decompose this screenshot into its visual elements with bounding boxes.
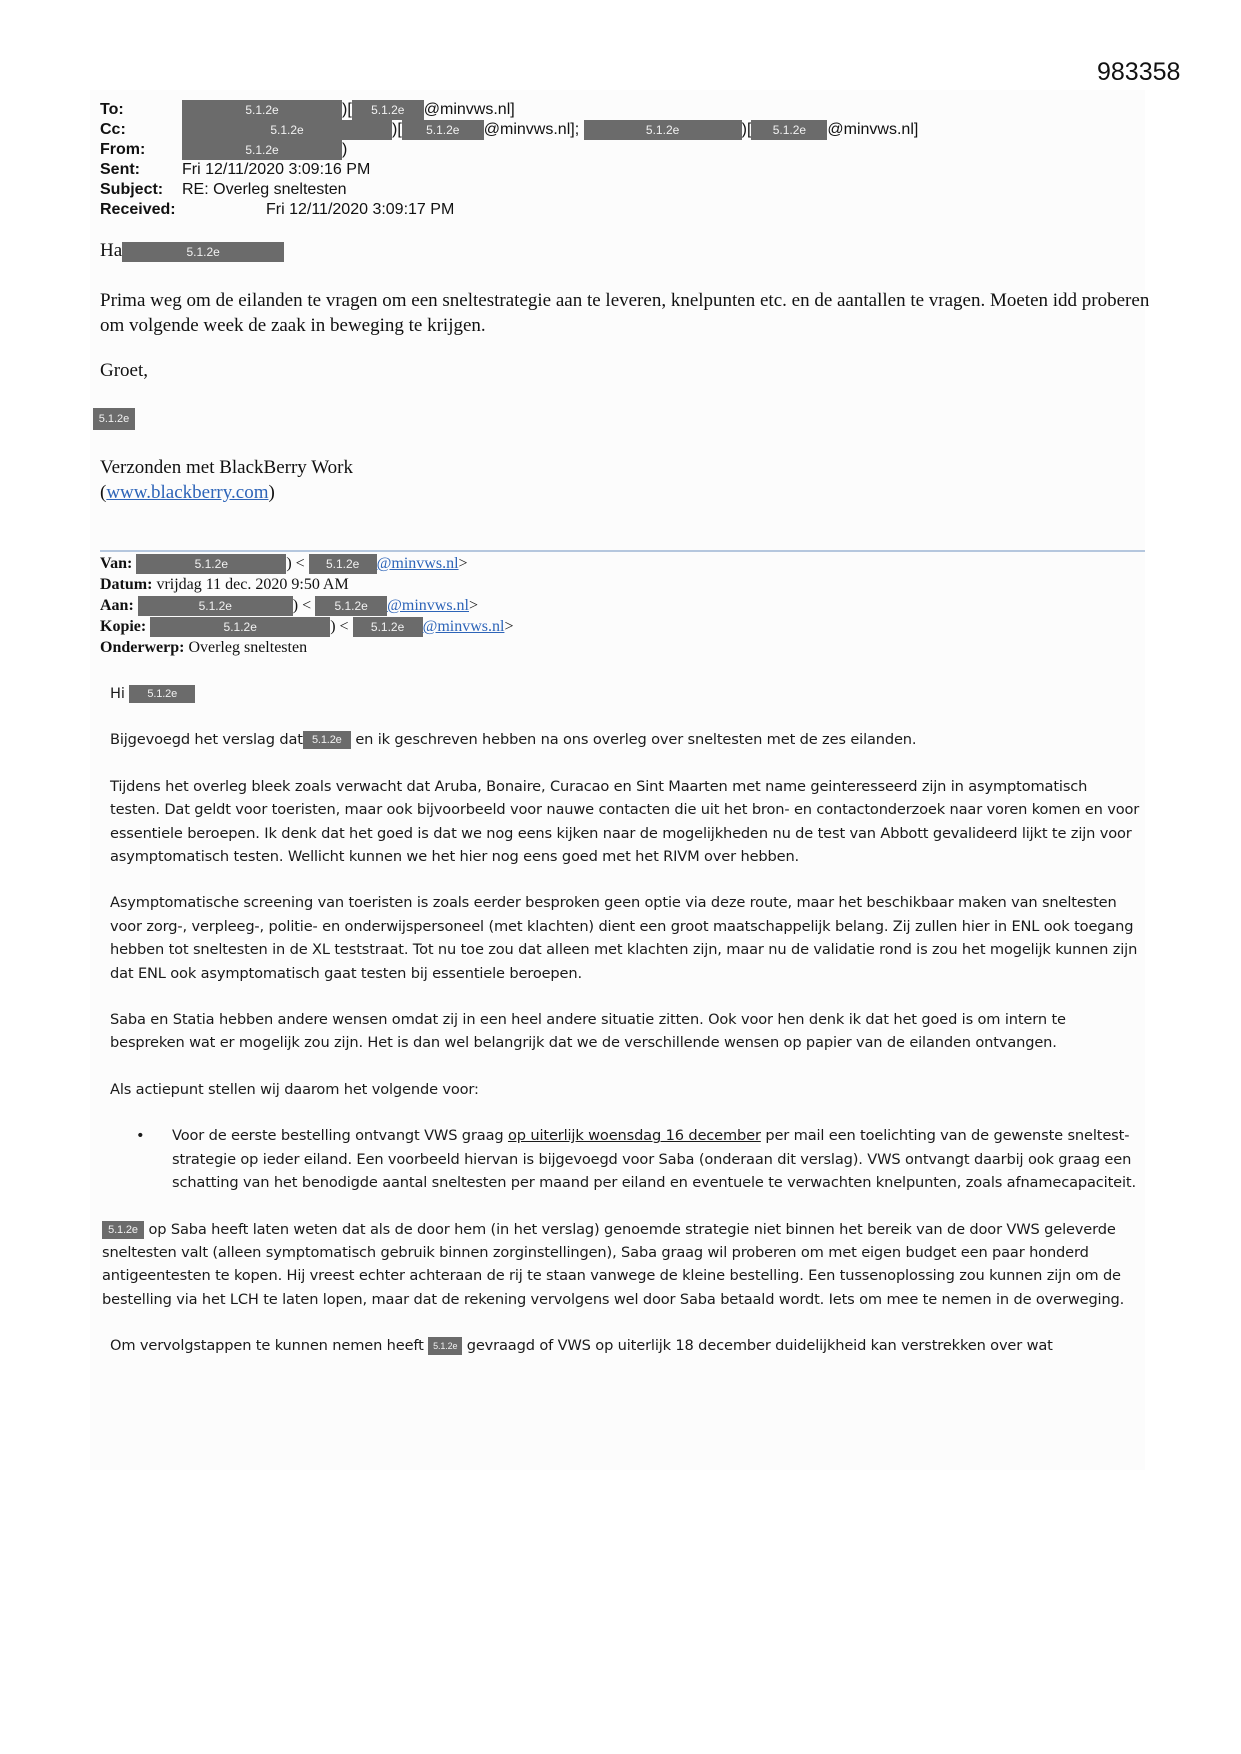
kopie-email-link[interactable]: @minvws.nl [423, 618, 505, 635]
van-email-link[interactable]: @minvws.nl [377, 555, 459, 572]
received-label: Received: [100, 200, 176, 220]
action-list: • Voor de eerste bestelling ontvangt VWS… [110, 1124, 1140, 1194]
closing: Groet, [100, 360, 148, 382]
aan-row: Aan: 5.1.2e) < 5.1.2e@minvws.nl> [100, 595, 513, 616]
to-domain: @minvws.nl] [424, 101, 515, 118]
greeting-hi: Hi 5.1.2e [110, 682, 1140, 705]
from-label: From: [100, 140, 145, 160]
redaction: 5.1.2e [182, 120, 392, 140]
quote-divider [100, 550, 1145, 552]
paragraph-4: Saba en Statia hebben andere wensen omda… [110, 1008, 1140, 1055]
subject-value: RE: Overleg sneltesten [182, 180, 347, 200]
redaction: 5.1.2e [584, 120, 742, 140]
email-body-paragraph: Prima weg om de eilanden te vragen om ee… [100, 288, 1150, 338]
redaction: 5.1.2e [138, 596, 293, 616]
sent-label: Sent: [100, 160, 140, 180]
action-item: • Voor de eerste bestelling ontvangt VWS… [172, 1124, 1140, 1194]
bullet-icon: • [136, 1124, 144, 1147]
cc-label: Cc: [100, 120, 126, 140]
forwarded-body: Hi 5.1.2e Bijgevoegd het verslag dat5.1.… [110, 682, 1140, 1381]
aan-email-link[interactable]: @minvws.nl [387, 597, 469, 614]
redaction: 5.1.2e [102, 1221, 144, 1239]
onderwerp-row: Onderwerp: Overleg sneltesten [100, 637, 513, 658]
cc-domain-1: @minvws.nl]; [484, 121, 579, 138]
datum-row: Datum: vrijdag 11 dec. 2020 9:50 AM [100, 574, 513, 595]
redaction: 5.1.2e [303, 731, 351, 749]
sent-value: Fri 12/11/2020 3:09:16 PM [182, 160, 370, 180]
redaction: 5.1.2e [182, 100, 342, 120]
van-row: Van: 5.1.2e) < 5.1.2e@minvws.nl> [100, 553, 513, 574]
cc-value: 5.1.2e)[5.1.2e@minvws.nl]; 5.1.2e)[5.1.2… [182, 120, 918, 140]
redaction: 5.1.2e [150, 617, 330, 637]
signature-redaction: 5.1.2e [93, 408, 135, 430]
kopie-row: Kopie: 5.1.2e) < 5.1.2e@minvws.nl> [100, 616, 513, 637]
subject-label: Subject: [100, 180, 163, 200]
greeting: Ha5.1.2e [100, 240, 284, 262]
redaction: 5.1.2e [309, 554, 377, 574]
cc-domain-2: @minvws.nl] [827, 121, 918, 138]
redaction: 5.1.2e [353, 617, 423, 637]
signature: Verzonden met BlackBerry Work (www.black… [100, 455, 353, 505]
redaction: 5.1.2e [402, 120, 484, 140]
redaction: 5.1.2e [129, 685, 195, 703]
redaction: 5.1.2e [428, 1337, 462, 1355]
redaction: 5.1.2e [352, 100, 424, 120]
paragraph-1: Bijgevoegd het verslag dat5.1.2e en ik g… [110, 728, 1140, 751]
redaction: 5.1.2e [315, 596, 387, 616]
signature-line: Verzonden met BlackBerry Work [100, 455, 353, 480]
document-number: 983358 [1097, 58, 1180, 87]
blackberry-link[interactable]: www.blackberry.com [106, 482, 268, 503]
deadline: op uiterlijk woensdag 16 december [508, 1127, 761, 1144]
redaction: 5.1.2e [122, 242, 284, 262]
redaction: 5.1.2e [136, 554, 286, 574]
redaction: 5.1.2e [182, 140, 342, 160]
paragraph-3: Asymptomatische screening van toeristen … [110, 891, 1140, 985]
to-value: 5.1.2e)[5.1.2e@minvws.nl] [182, 100, 515, 120]
paragraph-7: Om vervolgstappen te kunnen nemen heeft … [110, 1334, 1140, 1357]
from-value: 5.1.2e) [182, 140, 347, 160]
paragraph-5: Als actiepunt stellen wij daarom het vol… [110, 1078, 1140, 1101]
paragraph-2: Tijdens het overleg bleek zoals verwacht… [110, 775, 1140, 869]
forwarded-header: Van: 5.1.2e) < 5.1.2e@minvws.nl> Datum: … [100, 553, 513, 658]
redaction: 5.1.2e [751, 120, 827, 140]
to-label: To: [100, 100, 124, 120]
received-value: Fri 12/11/2020 3:09:17 PM [266, 200, 454, 220]
paragraph-6: 5.1.2e op Saba heeft laten weten dat als… [102, 1218, 1140, 1312]
